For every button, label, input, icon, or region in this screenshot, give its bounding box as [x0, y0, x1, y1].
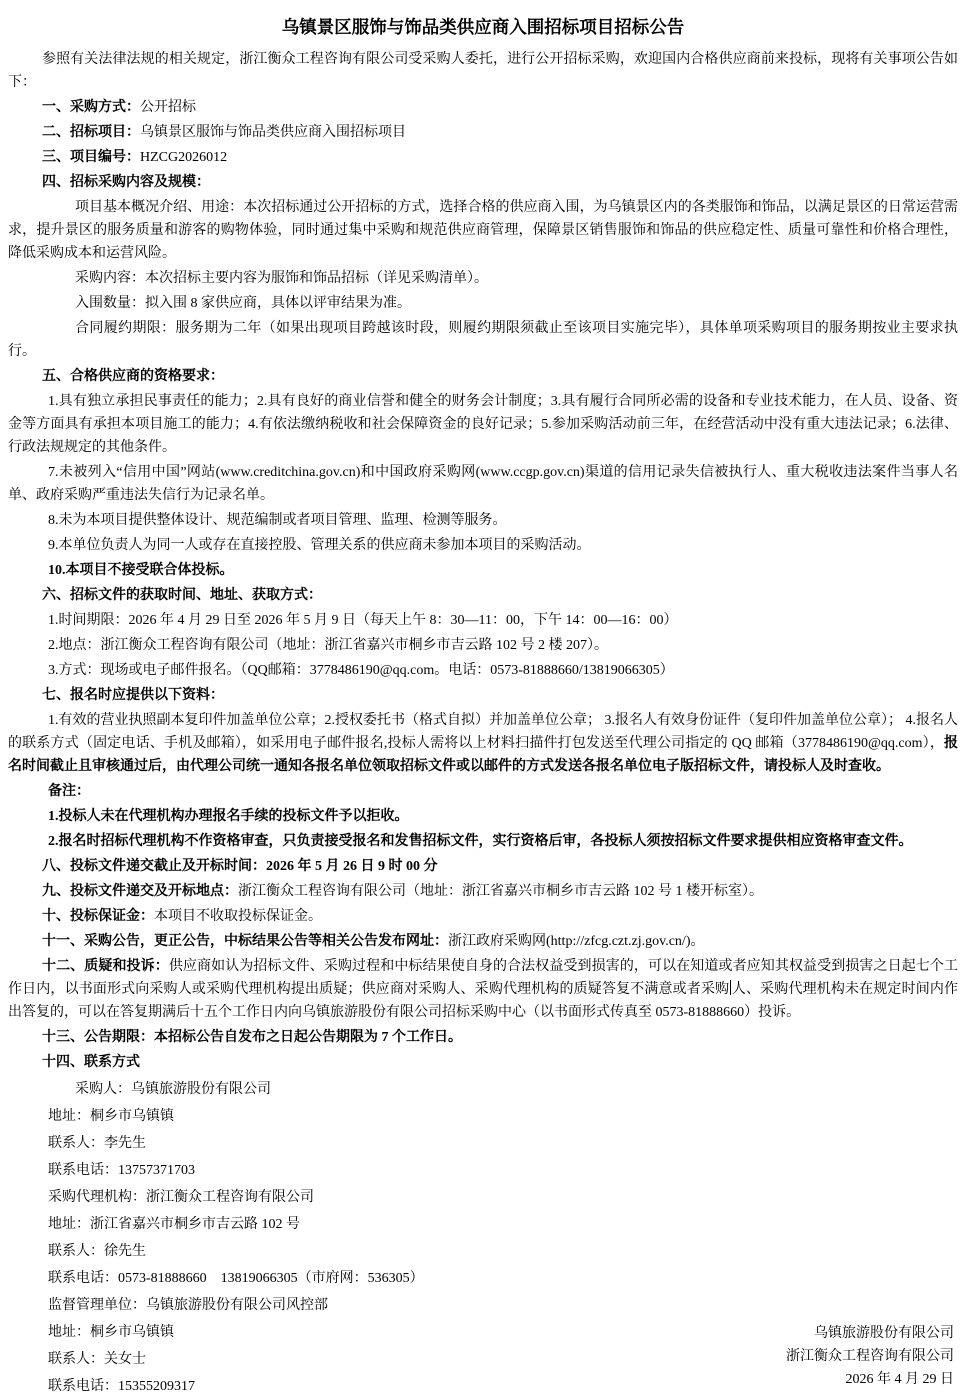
paragraph-qual-1-6: 1.具有独立承担民事责任的能力；2.具有良好的商业信誉和健全的财务会计制度；3.…: [8, 390, 958, 459]
paragraph-sec-4-quantity: 入围数量：拟入围 8 家供应商，具体以评审结果为准。: [8, 292, 958, 315]
paragraph-sec-4-overview: 项目基本概况介绍、用途：本次招标通过公开招标的方式，选择合格的供应商入围，为乌镇…: [8, 196, 958, 265]
agency-address-text: 地址：浙江省嘉兴市桐乡市吉云路 102 号: [48, 1217, 300, 1232]
remark-1-text: 1.投标人未在代理机构办理报名手续的投标文件予以拒收。: [48, 809, 409, 824]
paragraph-sec-1-method: 一、采购方式：公开招标: [8, 96, 958, 119]
sec-13-period-text: 十三、公告期限：本招标公告自发布之日起公告期限为 7 个工作日。: [42, 1030, 462, 1045]
paragraph-agency-address: 地址：浙江省嘉兴市桐乡市吉云路 102 号: [8, 1213, 958, 1236]
qual-8-text: 8.未为本项目提供整体设计、规范编制或者项目管理、监理、检测等服务。: [48, 513, 507, 528]
paragraph-qual-9: 9.本单位负责人为同一人或存在直接控股、管理关系的供应商未参加本项目的采购活动。: [8, 534, 958, 557]
paragraph-obtain-method: 3.方式：现场或电子邮件报名。（QQ邮箱：3778486190@qq.com。电…: [8, 659, 958, 682]
doc-footer: 乌镇旅游股份有限公司 浙江衡众工程咨询有限公司 2026 年 4 月 29 日: [786, 1322, 954, 1391]
paragraph-sec-4-content: 采购内容：本次招标主要内容为服饰和饰品招标（详见采购清单）。: [8, 267, 958, 290]
supervisor-address-text: 地址：桐乡市乌镇镇: [48, 1325, 174, 1340]
paragraph-buyer-address: 地址：桐乡市乌镇镇: [8, 1105, 958, 1128]
obtain-method-text: 3.方式：现场或电子邮件报名。（QQ邮箱：3778486190@qq.com。电…: [48, 663, 674, 678]
buyer-contact-text: 联系人：李先生: [48, 1136, 146, 1151]
qual-9-text: 9.本单位负责人为同一人或存在直接控股、管理关系的供应商未参加本项目的采购活动。: [48, 538, 591, 553]
paragraph-sec-9-place: 九、投标文件递交及开标地点：浙江衡众工程咨询有限公司（地址：浙江省嘉兴市桐乡市吉…: [8, 880, 958, 903]
sec-2-project-label: 二、招标项目：: [42, 125, 140, 140]
sec-8-deadline-text: 八、投标文件递交截止及开标时间：2026 年 5 月 26 日 9 时 00 分: [42, 859, 438, 874]
intro-text: 参照有关法律法规的相关规定，浙江衡众工程咨询有限公司受采购人委托，进行公开招标采…: [8, 52, 958, 90]
paragraph-sec-3-number: 三、项目编号：HZCG2026012: [8, 146, 958, 169]
contact-buyer-text: 采购人：乌镇旅游股份有限公司: [75, 1082, 271, 1097]
qual-7-text: 7.未被列入“信用中国”网站(www.creditchina.gov.cn)和中…: [8, 465, 958, 503]
sec-14-contact-text: 十四、联系方式: [42, 1055, 140, 1070]
paragraph-materials-detail: 1.有效的营业执照副本复印件加盖单位公章；2.授权委托书（格式自拟）并加盖单位公…: [8, 709, 958, 778]
sec-3-number-text: HZCG2026012: [140, 150, 227, 165]
paragraph-obtain-place: 2.地点：浙江衡众工程咨询有限公司（地址：浙江省嘉兴市桐乡市吉云路 102 号 …: [8, 634, 958, 657]
paragraph-sec-7-materials: 七、报名时应提供以下资料：: [8, 684, 958, 707]
paragraph-sec-13-period: 十三、公告期限：本招标公告自发布之日起公告期限为 7 个工作日。: [8, 1026, 958, 1049]
supervisor-text: 监督管理单位：乌镇旅游股份有限公司风控部: [48, 1298, 328, 1313]
paragraph-supervisor: 监督管理单位：乌镇旅游股份有限公司风控部: [8, 1294, 958, 1317]
paragraph-sec-5-qualifications: 五、合格供应商的资格要求：: [8, 365, 958, 388]
sec-9-place-label: 九、投标文件递交及开标地点：: [42, 884, 238, 899]
supervisor-phone-text: 联系电话：15355209317: [48, 1379, 195, 1394]
sec-1-method-label: 一、采购方式：: [42, 100, 140, 115]
paragraph-remark-title: 备注：: [8, 780, 958, 803]
doc-body: 参照有关法律法规的相关规定，浙江衡众工程咨询有限公司受采购人委托，进行公开招标采…: [8, 48, 958, 1398]
document-page: 乌镇景区服饰与饰品类供应商入围招标项目招标公告 参照有关法律法规的相关规定，浙江…: [0, 0, 976, 1399]
buyer-address-text: 地址：桐乡市乌镇镇: [48, 1109, 174, 1124]
paragraph-agency: 采购代理机构：浙江衡众工程咨询有限公司: [8, 1186, 958, 1209]
paragraph-remark-2: 2.报名时招标代理机构不作资格审查，只负责接受报名和发售招标文件，实行资格后审，…: [8, 830, 958, 853]
footer-issuer-buyer: 乌镇旅游股份有限公司: [786, 1322, 954, 1345]
sec-4-overview-text: 项目基本概况介绍、用途：本次招标通过公开招标的方式，选择合格的供应商入围，为乌镇…: [8, 200, 958, 261]
paragraph-buyer-contact: 联系人：李先生: [8, 1132, 958, 1155]
paragraph-remark-1: 1.投标人未在代理机构办理报名手续的投标文件予以拒收。: [8, 805, 958, 828]
footer-date: 2026 年 4 月 29 日: [786, 1368, 954, 1391]
remark-title-text: 备注：: [48, 784, 90, 799]
paragraph-sec-4-term: 合同履约期限：服务期为二年（如果出现项目跨越该时段，则履约期限须截止至该项目实施…: [8, 317, 958, 363]
sec-9-place-text: 浙江衡众工程咨询有限公司（地址：浙江省嘉兴市桐乡市吉云路 102 号 1 楼开标…: [238, 884, 763, 899]
remark-2-text: 2.报名时招标代理机构不作资格审查，只负责接受报名和发售招标文件，实行资格后审，…: [48, 834, 913, 849]
paragraph-intro: 参照有关法律法规的相关规定，浙江衡众工程咨询有限公司受采购人委托，进行公开招标采…: [8, 48, 958, 94]
paragraph-sec-14-contact: 十四、联系方式: [8, 1051, 958, 1074]
qual-1-6-text: 1.具有独立承担民事责任的能力；2.具有良好的商业信誉和健全的财务会计制度；3.…: [8, 394, 958, 455]
sec-10-deposit-label: 十、投标保证金：: [42, 909, 154, 924]
materials-detail-text: 1.有效的营业执照副本复印件加盖单位公章；2.授权委托书（格式自拟）并加盖单位公…: [8, 713, 958, 751]
paragraph-sec-4-scope: 四、招标采购内容及规模：: [8, 171, 958, 194]
sec-4-content-text: 采购内容：本次招标主要内容为服饰和饰品招标（详见采购清单）。: [75, 271, 488, 286]
paragraph-agency-contact: 联系人：徐先生: [8, 1240, 958, 1263]
sec-3-number-label: 三、项目编号：: [42, 150, 140, 165]
sec-5-qualifications-text: 五、合格供应商的资格要求：: [42, 369, 224, 384]
sec-7-materials-text: 七、报名时应提供以下资料：: [42, 688, 224, 703]
agency-phone-text: 联系电话：0573-81888660 13819066305（市府网：53630…: [48, 1271, 424, 1286]
paragraph-sec-6-obtain: 六、招标文件的获取时间、地址、获取方式：: [8, 584, 958, 607]
sec-1-method-text: 公开招标: [140, 100, 196, 115]
paragraph-obtain-time: 1.时间期限：2026 年 4 月 29 日至 2026 年 5 月 9 日（每…: [8, 609, 958, 632]
paragraph-qual-10: 10.本项目不接受联合体投标。: [8, 559, 958, 582]
buyer-phone-text: 联系电话：13757371703: [48, 1163, 195, 1178]
paragraph-buyer-phone: 联系电话：13757371703: [8, 1159, 958, 1182]
paragraph-contact-buyer: 采购人：乌镇旅游股份有限公司: [8, 1078, 958, 1101]
doc-title: 乌镇景区服饰与饰品类供应商入围招标项目招标公告: [8, 14, 958, 40]
supervisor-contact-text: 联系人：关女士: [48, 1352, 146, 1367]
obtain-place-text: 2.地点：浙江衡众工程咨询有限公司（地址：浙江省嘉兴市桐乡市吉云路 102 号 …: [48, 638, 608, 653]
paragraph-sec-11-website: 十一、采购公告，更正公告，中标结果公告等相关公告发布网址：浙江政府采购网(htt…: [8, 930, 958, 953]
footer-issuer-agency: 浙江衡众工程咨询有限公司: [786, 1345, 954, 1368]
sec-10-deposit-text: 本项目不收取投标保证金。: [154, 909, 322, 924]
paragraph-qual-7: 7.未被列入“信用中国”网站(www.creditchina.gov.cn)和中…: [8, 461, 958, 507]
agency-contact-text: 联系人：徐先生: [48, 1244, 146, 1259]
paragraph-sec-12-complaint: 十二、质疑和投诉：供应商如认为招标文件、采购过程和中标结果使自身的合法权益受到损…: [8, 955, 958, 1024]
paragraph-agency-phone: 联系电话：0573-81888660 13819066305（市府网：53630…: [8, 1267, 958, 1290]
sec-11-website-text: 浙江政府采购网(http://zfcg.czt.zj.gov.cn/)。: [448, 934, 704, 949]
paragraph-qual-8: 8.未为本项目提供整体设计、规范编制或者项目管理、监理、检测等服务。: [8, 509, 958, 532]
paragraph-sec-8-deadline: 八、投标文件递交截止及开标时间：2026 年 5 月 26 日 9 时 00 分: [8, 855, 958, 878]
paragraph-sec-2-project: 二、招标项目：乌镇景区服饰与饰品类供应商入围招标项目: [8, 121, 958, 144]
sec-12-complaint-label: 十二、质疑和投诉：: [42, 959, 169, 974]
sec-6-obtain-text: 六、招标文件的获取时间、地址、获取方式：: [42, 588, 322, 603]
sec-11-website-label: 十一、采购公告，更正公告，中标结果公告等相关公告发布网址：: [42, 934, 448, 949]
sec-4-quantity-text: 入围数量：拟入围 8 家供应商，具体以评审结果为准。: [75, 296, 411, 311]
qual-10-text: 10.本项目不接受联合体投标。: [48, 563, 234, 578]
obtain-time-text: 1.时间期限：2026 年 4 月 29 日至 2026 年 5 月 9 日（每…: [48, 613, 677, 628]
sec-4-term-text: 合同履约期限：服务期为二年（如果出现项目跨越该时段，则履约期限须截止至该项目实施…: [8, 321, 958, 359]
sec-2-project-text: 乌镇景区服饰与饰品类供应商入围招标项目: [140, 125, 406, 140]
agency-text: 采购代理机构：浙江衡众工程咨询有限公司: [48, 1190, 314, 1205]
paragraph-sec-10-deposit: 十、投标保证金：本项目不收取投标保证金。: [8, 905, 958, 928]
sec-4-scope-text: 四、招标采购内容及规模：: [42, 175, 210, 190]
